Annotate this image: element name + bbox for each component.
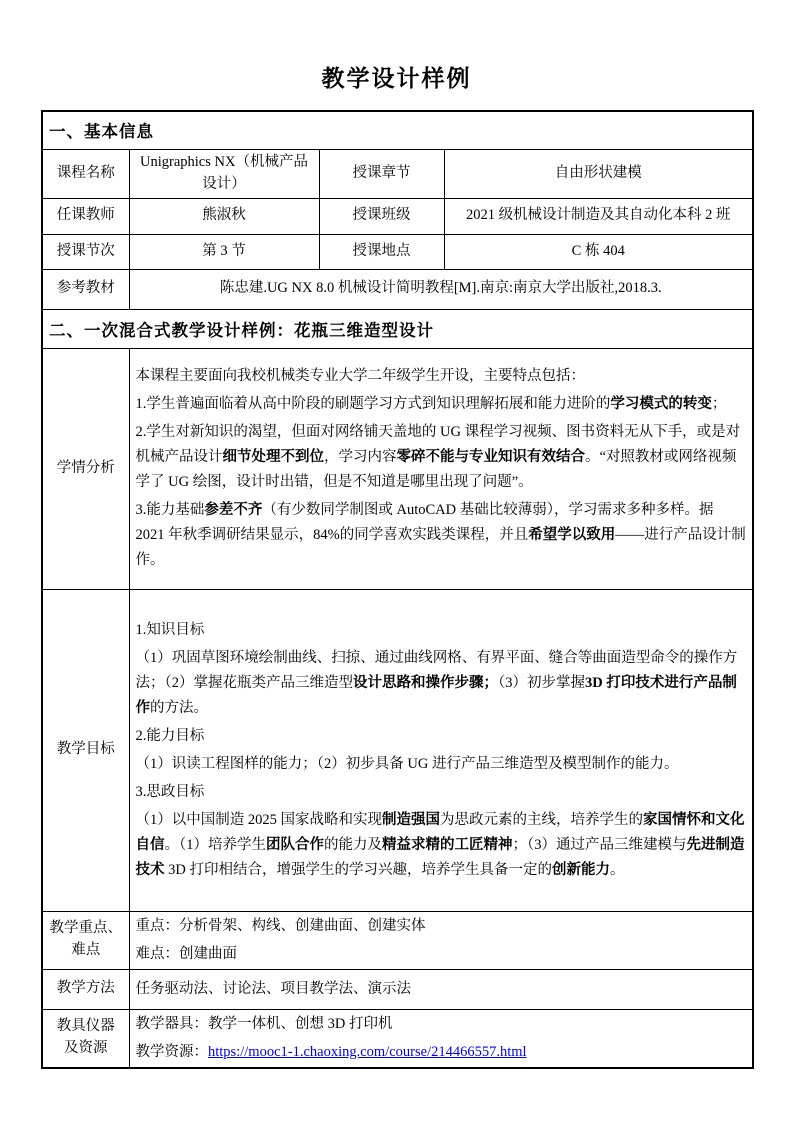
teaching-design-table: 一、基本信息 课程名称 Unigraphics NX（机械产品设计） 授课章节 … [41,110,754,1069]
document-page: 教学设计样例 一、基本信息 课程名称 Unigraphics NX（机械产品设计… [0,0,793,1122]
section-heading-basic-info: 一、基本信息 [42,111,753,149]
key-difficult-points-label: 教学重点、难点 [42,911,129,969]
table-row: 参考教材 陈忠建.UG NX 8.0 机械设计简明教程[M].南京:南京大学出版… [42,269,753,309]
table-row: 一、基本信息 [42,111,753,149]
course-name-value: Unigraphics NX（机械产品设计） [129,149,319,198]
teaching-objectives-content: 1.知识目标（1）巩固草图环境绘制曲线、扫掠、通过曲线网格、有界平面、缝合等曲面… [129,589,753,911]
table-row: 课程名称 Unigraphics NX（机械产品设计） 授课章节 自由形状建模 [42,149,753,198]
table-row: 教学方法 任务驱动法、讨论法、项目教学法、演示法 [42,969,753,1009]
equipment-resources-label: 教具仪器及资源 [42,1009,129,1068]
class-value: 2021 级机械设计制造及其自动化本科 2 班 [444,198,753,234]
teaching-methods-content: 任务驱动法、讨论法、项目教学法、演示法 [129,969,753,1009]
equipment-resources-content: 教学器具：教学一体机、创想 3D 打印机教学资源：https://mooc1-1… [129,1009,753,1068]
learner-analysis-label: 学情分析 [42,348,129,589]
table-row: 教学重点、难点 重点：分析骨架、构线、创建曲面、创建实体难点：创建曲面 [42,911,753,969]
teaching-methods-label: 教学方法 [42,969,129,1009]
session-value: 第 3 节 [129,234,319,269]
table-row: 教学目标 1.知识目标（1）巩固草图环境绘制曲线、扫掠、通过曲线网格、有界平面、… [42,589,753,911]
teacher-value: 熊淑秋 [129,198,319,234]
textbook-label: 参考教材 [42,269,129,309]
course-name-label: 课程名称 [42,149,129,198]
location-value: C 栋 404 [444,234,753,269]
key-difficult-points-content: 重点：分析骨架、构线、创建曲面、创建实体难点：创建曲面 [129,911,753,969]
textbook-value: 陈忠建.UG NX 8.0 机械设计简明教程[M].南京:南京大学出版社,201… [129,269,753,309]
resource-link[interactable]: https://mooc1-1.chaoxing.com/course/2144… [208,1044,527,1060]
table-row: 任课教师 熊淑秋 授课班级 2021 级机械设计制造及其自动化本科 2 班 [42,198,753,234]
page-title: 教学设计样例 [0,60,793,93]
table-row: 授课节次 第 3 节 授课地点 C 栋 404 [42,234,753,269]
learner-analysis-content: 本课程主要面向我校机械类专业大学二年级学生开设，主要特点包括：1.学生普遍面临着… [129,348,753,589]
chapter-value: 自由形状建模 [444,149,753,198]
class-label: 授课班级 [319,198,444,234]
table-row: 学情分析 本课程主要面向我校机械类专业大学二年级学生开设，主要特点包括：1.学生… [42,348,753,589]
teaching-objectives-label: 教学目标 [42,589,129,911]
session-label: 授课节次 [42,234,129,269]
table-row: 二、一次混合式教学设计样例：花瓶三维造型设计 [42,309,753,348]
teacher-label: 任课教师 [42,198,129,234]
chapter-label: 授课章节 [319,149,444,198]
location-label: 授课地点 [319,234,444,269]
section-heading-design-sample: 二、一次混合式教学设计样例：花瓶三维造型设计 [42,309,753,348]
table-row: 教具仪器及资源 教学器具：教学一体机、创想 3D 打印机教学资源：https:/… [42,1009,753,1068]
